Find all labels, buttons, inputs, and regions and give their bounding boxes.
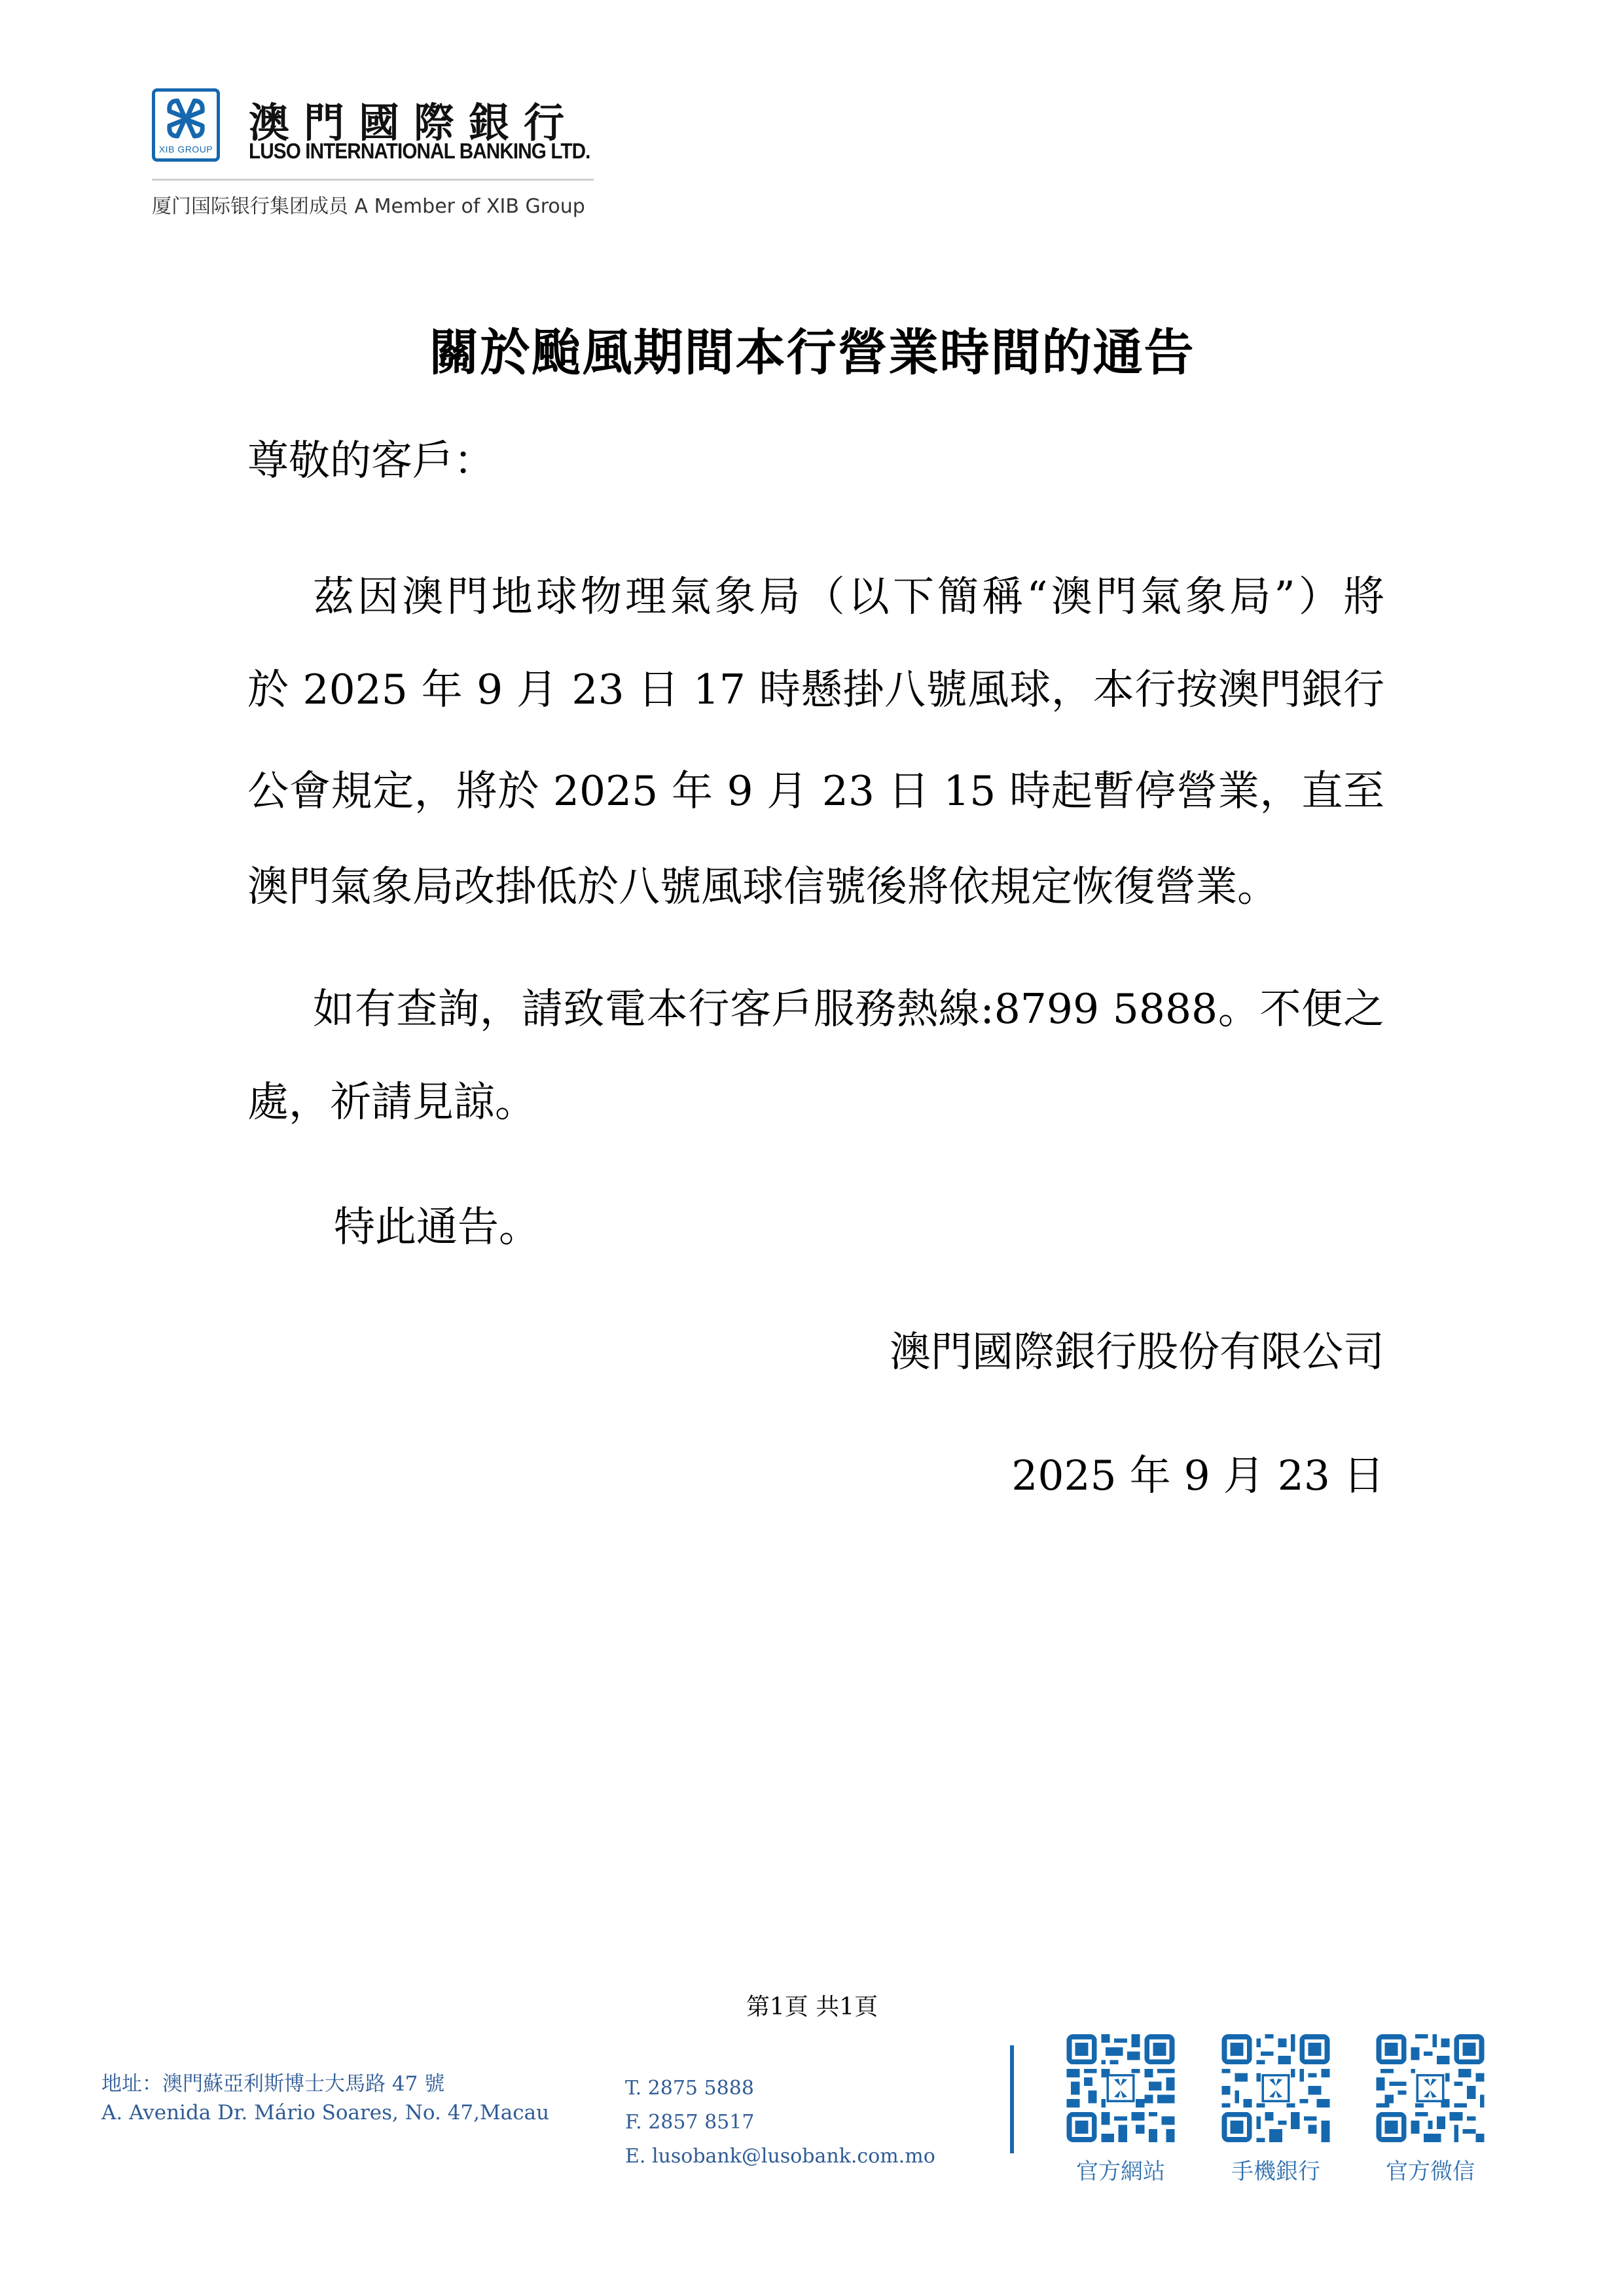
closing-statement: 特此通告。 [334, 1206, 540, 1247]
qr-label-mobile-banking: 手機銀行 [1220, 2153, 1331, 2185]
fax: F. 2857 8517 [625, 2111, 754, 2134]
notice-date: 2025 年 9 月 23 日 [247, 1455, 1384, 1496]
greeting: 尊敬的客戶： [247, 440, 495, 481]
qr-code-icon [1220, 2034, 1331, 2142]
xib-group-logo: XIB GROUP [152, 88, 220, 162]
paragraph1-line-2: 於 2025 年 9 月 23 日 17 時懸掛八號風球，本行按澳門銀行 [247, 669, 1384, 710]
clover-logo-icon [163, 97, 209, 140]
qr-code-icon [1065, 2034, 1176, 2142]
header-divider [152, 179, 594, 181]
address-zh: 地址：澳門蘇亞利斯博士大馬路 47 號 [101, 2067, 444, 2096]
paragraph1-line-3: 公會規定，將於 2025 年 9 月 23 日 15 時起暫停營業，直至 [247, 770, 1384, 812]
paragraph1-line-1: 茲因澳門地球物理氣象局（以下簡稱“澳門氣象局”）將 [313, 576, 1384, 617]
qr-label-official-website: 官方網站 [1065, 2153, 1176, 2185]
qr-official-website[interactable] [1065, 2034, 1176, 2142]
qr-code-icon [1375, 2034, 1486, 2142]
qr-official-wechat[interactable] [1375, 2034, 1486, 2142]
member-line: 厦门国际银行集团成员 A Member of XIB Group [152, 190, 585, 219]
paragraph2-line-2: 處，祈請見諒。 [247, 1081, 1384, 1122]
brand-name-en: LUSO INTERNATIONAL BANKING LTD. [249, 139, 590, 164]
footer-divider [1010, 2045, 1014, 2153]
phone: T. 2875 5888 [625, 2077, 754, 2100]
address-en: A. Avenida Dr. Mário Soares, No. 47,Maca… [101, 2101, 549, 2125]
paragraph1-line-4: 澳門氣象局改掛低於八號風球信號後將依規定恢復營業。 [247, 866, 1384, 907]
email: E. lusobank@lusobank.com.mo [625, 2145, 935, 2168]
logo-group-label: XIB GROUP [155, 144, 217, 154]
paragraph2-line-1: 如有查詢，請致電本行客戶服務熱線:8799 5888。不便之 [313, 988, 1384, 1030]
qr-mobile-banking[interactable] [1220, 2034, 1331, 2142]
qr-label-official-wechat: 官方微信 [1375, 2153, 1486, 2185]
signatory: 澳門國際銀行股份有限公司 [247, 1331, 1384, 1372]
page-indicator: 第1頁 共1頁 [0, 1988, 1624, 2022]
notice-title: 關於颱風期間本行營業時間的通告 [0, 313, 1624, 384]
